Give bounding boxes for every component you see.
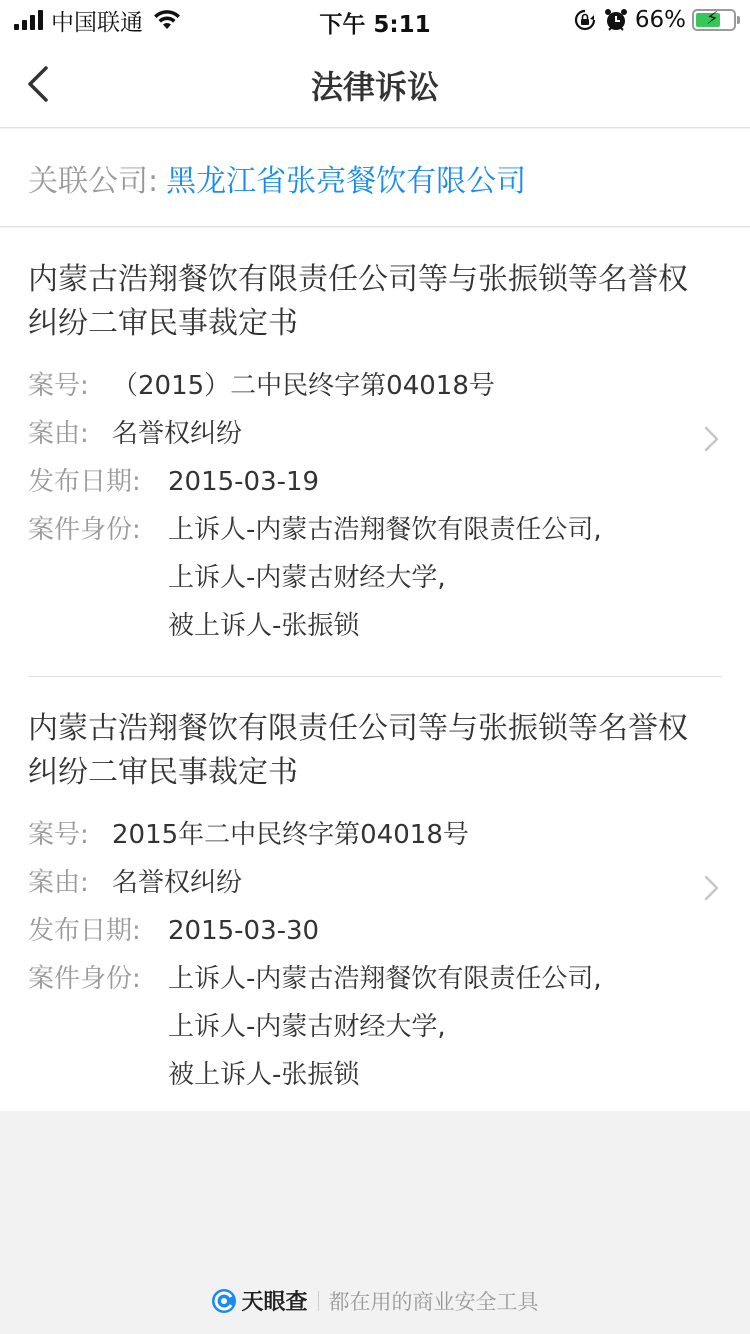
case-list: 内蒙古浩翔餐饮有限责任公司等与张振锁等名誉权纠纷二审民事裁定书 案号: （201… [0,228,750,1111]
publish-date-label: 发布日期: [28,458,168,506]
parties-list: 上诉人-内蒙古浩翔餐饮有限责任公司, 上诉人-内蒙古财经大学, 被上诉人-张振锁 [168,955,602,1099]
alarm-icon [603,7,629,33]
brand-slogan: 都在用的商业安全工具 [329,1286,539,1316]
party: 上诉人-内蒙古浩翔餐饮有限责任公司, [168,955,602,1003]
case-title: 内蒙古浩翔餐饮有限责任公司等与张振锁等名誉权纠纷二审民事裁定书 [28,258,722,346]
nav-bar: 法律诉讼 [0,40,750,128]
screen: 中国联通 下午 5:11 66% [0,0,750,1334]
case-cause-label: 案由: [28,410,112,458]
battery-percent: 66% [635,7,686,33]
case-role-label: 案件身份: [28,506,168,650]
chevron-right-icon [702,424,722,454]
case-cause-value: 名誉权纠纷 [112,410,242,458]
footer: 天眼查 都在用的商业安全工具 [0,1285,750,1316]
orientation-lock-icon [573,8,597,32]
chevron-right-icon [702,873,722,903]
status-right: 66% ⚡ [573,6,736,34]
case-title: 内蒙古浩翔餐饮有限责任公司等与张振锁等名誉权纠纷二审民事裁定书 [28,707,722,795]
publish-date-row: 发布日期: 2015-03-19 [28,458,722,506]
case-number-row: 案号: 2015年二中民终字第04018号 [28,811,722,859]
divider [318,1291,319,1311]
related-company-row: 关联公司: 黑龙江省张亮餐饮有限公司 [0,129,750,227]
publish-date-row: 发布日期: 2015-03-30 [28,907,722,955]
case-number-row: 案号: （2015）二中民终字第04018号 [28,362,722,410]
case-role-row: 案件身份: 上诉人-内蒙古浩翔餐饮有限责任公司, 上诉人-内蒙古财经大学, 被上… [28,506,722,650]
case-number-label: 案号: [28,811,112,859]
parties-list: 上诉人-内蒙古浩翔餐饮有限责任公司, 上诉人-内蒙古财经大学, 被上诉人-张振锁 [168,506,602,650]
party: 上诉人-内蒙古财经大学, [168,1003,602,1051]
related-company-link[interactable]: 黑龙江省张亮餐饮有限公司 [166,156,526,200]
case-item[interactable]: 内蒙古浩翔餐饮有限责任公司等与张振锁等名誉权纠纷二审民事裁定书 案号: 2015… [28,676,722,1125]
case-cause-row: 案由: 名誉权纠纷 [28,410,722,458]
tianyancha-logo-icon [211,1288,237,1314]
publish-date-value: 2015-03-30 [168,907,319,955]
party: 上诉人-内蒙古浩翔餐饮有限责任公司, [168,506,602,554]
page-title: 法律诉讼 [0,62,750,108]
case-number-label: 案号: [28,362,112,410]
publish-date-value: 2015-03-19 [168,458,319,506]
case-number-value: 2015年二中民终字第04018号 [112,811,469,859]
case-role-row: 案件身份: 上诉人-内蒙古浩翔餐饮有限责任公司, 上诉人-内蒙古财经大学, 被上… [28,955,722,1099]
case-item[interactable]: 内蒙古浩翔餐饮有限责任公司等与张振锁等名誉权纠纷二审民事裁定书 案号: （201… [28,228,722,676]
case-cause-row: 案由: 名誉权纠纷 [28,859,722,907]
status-bar: 中国联通 下午 5:11 66% [0,0,750,40]
party: 被上诉人-张振锁 [168,602,602,650]
publish-date-label: 发布日期: [28,907,168,955]
case-cause-label: 案由: [28,859,112,907]
related-company-label: 关联公司: [28,156,158,200]
case-number-value: （2015）二中民终字第04018号 [112,362,495,410]
party: 被上诉人-张振锁 [168,1051,602,1099]
case-role-label: 案件身份: [28,955,168,1099]
brand-logo: 天眼查 [211,1285,307,1316]
case-cause-value: 名誉权纠纷 [112,859,242,907]
brand-name: 天眼查 [241,1285,307,1316]
party: 上诉人-内蒙古财经大学, [168,554,602,602]
battery-charging-icon: ⚡ [692,9,736,31]
